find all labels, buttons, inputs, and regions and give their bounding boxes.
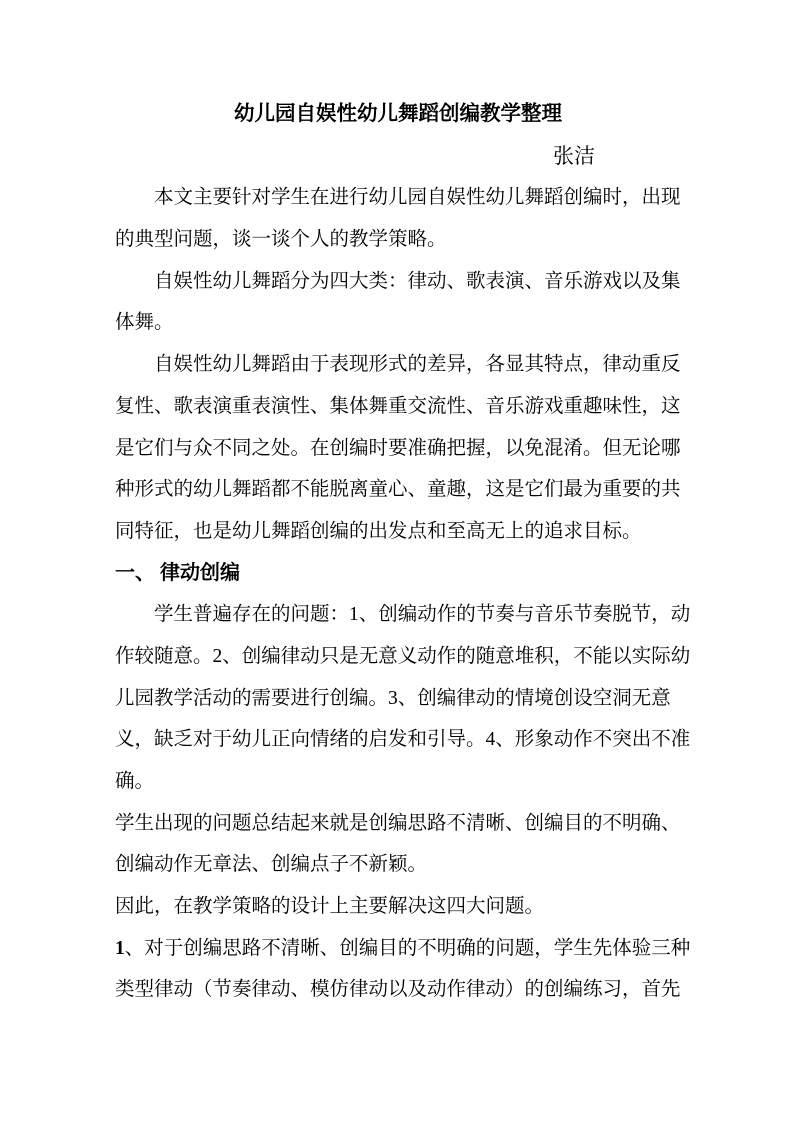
text-line: 本文主要针对学生在进行幼儿园自娱性幼儿舞蹈创编时，出现 bbox=[115, 177, 681, 219]
text-line: 同特征，也是幼儿舞蹈创编的出发点和至高无上的追求目标。 bbox=[115, 511, 681, 553]
text-line: 因此，在教学策略的设计上主要解决这四大问题。 bbox=[115, 886, 681, 928]
text-line: 一、 律动创编 bbox=[115, 553, 681, 595]
document-title: 幼儿园自娱性幼儿舞蹈创编教学整理 bbox=[115, 94, 681, 136]
paragraph-therefore: 因此，在教学策略的设计上主要解决这四大问题。 bbox=[115, 886, 681, 928]
paragraphs: 本文主要针对学生在进行幼儿园自娱性幼儿舞蹈创编时，出现的典型问题，谈一谈个人的教… bbox=[115, 177, 681, 1011]
text-line: 种形式的幼儿舞蹈都不能脱离童心、童趣，这是它们最为重要的共 bbox=[115, 469, 681, 511]
text-line: 类型律动（节奏律动、模仿律动以及动作律动）的创编练习，首先 bbox=[115, 969, 681, 1011]
text-line: 创编动作无章法、创编点子不新颖。 bbox=[115, 844, 681, 886]
paragraph-strategy-1: 1、对于创编思路不清晰、创编目的不明确的问题，学生先体验三种类型律动（节奏律动、… bbox=[115, 928, 681, 1011]
text-line: 学生出现的问题总结起来就是创编思路不清晰、创编目的不明确、 bbox=[115, 803, 681, 845]
text-line: 1、对于创编思路不清晰、创编目的不明确的问题，学生先体验三种 bbox=[115, 928, 681, 970]
text-line: 自娱性幼儿舞蹈由于表现形式的差异，各显其特点，律动重反 bbox=[115, 344, 681, 386]
bold-list-number: 1 bbox=[115, 938, 125, 959]
paragraph-characteristics: 自娱性幼儿舞蹈由于表现形式的差异，各显其特点，律动重反复性、歌表演重表演性、集体… bbox=[115, 344, 681, 552]
text-line: 复性、歌表演重表演性、集体舞重交流性、音乐游戏重趣味性，这 bbox=[115, 386, 681, 428]
text-line: 学生普遍存在的问题：1、创编动作的节奏与音乐节奏脱节，动 bbox=[115, 594, 681, 636]
text-line: 义，缺乏对于幼儿正向情绪的启发和引导。4、形象动作不突出不准 bbox=[115, 719, 681, 761]
text-line: 自娱性幼儿舞蹈分为四大类：律动、歌表演、音乐游戏以及集 bbox=[115, 261, 681, 303]
text-line: 儿园教学活动的需要进行创编。3、创编律动的情境创设空洞无意 bbox=[115, 678, 681, 720]
document-author: 张洁 bbox=[115, 136, 681, 178]
text-line: 作较随意。2、创编律动只是无意义动作的随意堆积，不能以实际幼 bbox=[115, 636, 681, 678]
document-content: 幼儿园自娱性幼儿舞蹈创编教学整理 张洁 本文主要针对学生在进行幼儿园自娱性幼儿舞… bbox=[115, 94, 681, 1011]
paragraph-section-heading-1: 一、 律动创编 bbox=[115, 553, 681, 595]
text-line: 的典型问题，谈一谈个人的教学策略。 bbox=[115, 219, 681, 261]
paragraph-categories: 自娱性幼儿舞蹈分为四大类：律动、歌表演、音乐游戏以及集体舞。 bbox=[115, 261, 681, 344]
paragraph-common-problems: 学生普遍存在的问题：1、创编动作的节奏与音乐节奏脱节，动作较随意。2、创编律动只… bbox=[115, 594, 681, 802]
text-line: 确。 bbox=[115, 761, 681, 803]
paragraph-intro: 本文主要针对学生在进行幼儿园自娱性幼儿舞蹈创编时，出现的典型问题，谈一谈个人的教… bbox=[115, 177, 681, 260]
text-line: 体舞。 bbox=[115, 302, 681, 344]
document-page: 幼儿园自娱性幼儿舞蹈创编教学整理 张洁 本文主要针对学生在进行幼儿园自娱性幼儿舞… bbox=[0, 0, 794, 1123]
text-line: 是它们与众不同之处。在创编时要准确把握，以免混淆。但无论哪 bbox=[115, 428, 681, 470]
paragraph-problems-summary: 学生出现的问题总结起来就是创编思路不清晰、创编目的不明确、创编动作无章法、创编点… bbox=[115, 803, 681, 886]
